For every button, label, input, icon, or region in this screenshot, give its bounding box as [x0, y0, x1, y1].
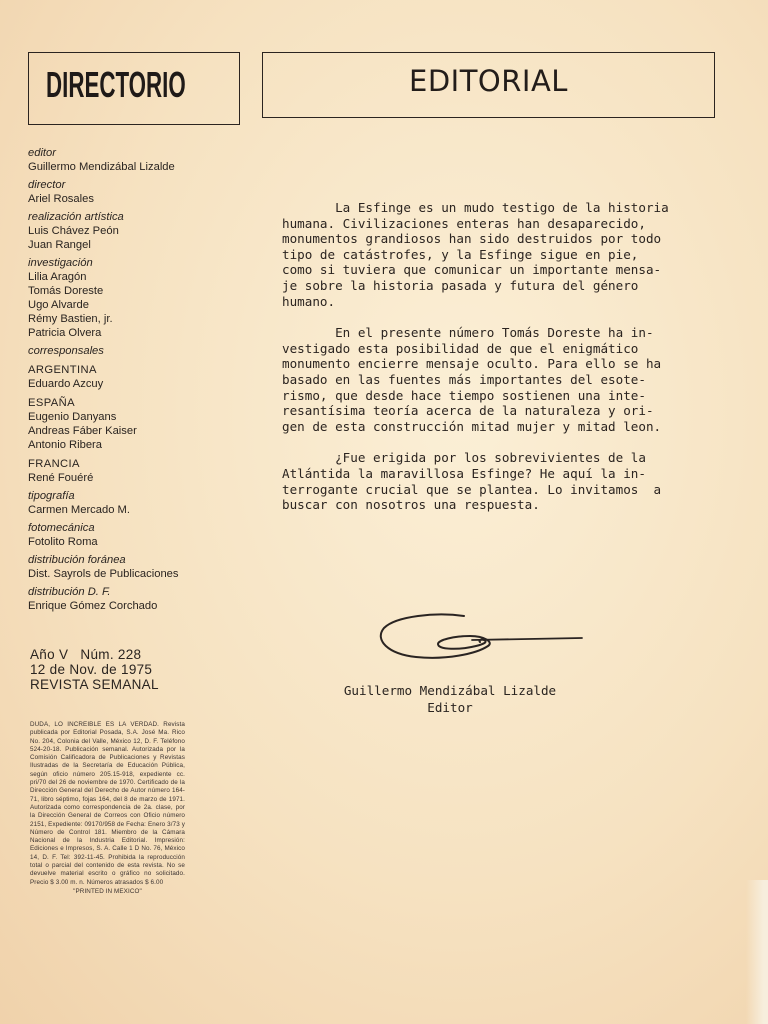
staff-name: Eduardo Azcuy	[28, 377, 228, 391]
staff-name: Rémy Bastien, jr.	[28, 312, 228, 326]
editorial-header-box: EDITORIAL	[262, 52, 715, 118]
issue-date: 12 de Nov. de 1975	[30, 662, 159, 677]
staff-name: Fotolito Roma	[28, 535, 228, 549]
issue-frequency: REVISTA SEMANAL	[30, 677, 159, 692]
issue-number: Año V Núm. 228	[30, 647, 159, 662]
signature-title: Editor	[300, 699, 600, 716]
staff-name: Luis Chávez Peón	[28, 224, 228, 238]
signature-name: Guillermo Mendizábal Lizalde	[300, 682, 600, 699]
staff-name: Guillermo Mendizábal Lizalde	[28, 160, 228, 174]
signature-image	[376, 610, 586, 666]
directory-title: DIRECTORIO	[46, 67, 186, 103]
editorial-title: EDITORIAL	[263, 67, 714, 96]
role-label: tipografía	[28, 489, 228, 503]
staff-name: Patricia Olvera	[28, 326, 228, 340]
signature-caption: Guillermo Mendizábal Lizalde Editor	[300, 682, 600, 716]
staff-name: Carmen Mercado M.	[28, 503, 228, 517]
role-label: director	[28, 178, 228, 192]
staff-name: Andreas Fáber Kaiser	[28, 424, 228, 438]
role-label: distribución foránea	[28, 553, 228, 567]
directory-header-box: DIRECTORIO	[28, 52, 240, 125]
country-label: ESPAÑA	[28, 396, 228, 410]
staff-name: Ugo Alvarde	[28, 298, 228, 312]
editorial-body: La Esfinge es un mudo testigo de la hist…	[282, 200, 682, 529]
staff-name: Ariel Rosales	[28, 192, 228, 206]
staff-name: René Fouéré	[28, 471, 228, 485]
role-label: editor	[28, 146, 228, 160]
staff-name: Tomás Doreste	[28, 284, 228, 298]
staff-name: Dist. Sayrols de Publicaciones	[28, 567, 228, 581]
staff-name: Juan Rangel	[28, 238, 228, 252]
staff-directory: editor Guillermo Mendizábal Lizalde dire…	[28, 146, 228, 613]
role-label: distribución D. F.	[28, 585, 228, 599]
legal-notice: DUDA, LO INCREIBLE ES LA VERDAD. Revista…	[30, 721, 185, 896]
paragraph: En el presente número Tomás Doreste ha i…	[282, 325, 682, 434]
staff-name: Lilia Aragón	[28, 270, 228, 284]
role-label: investigación	[28, 256, 228, 270]
country-label: ARGENTINA	[28, 363, 228, 377]
paragraph: ¿Fue erigida por los sobrevivientes de l…	[282, 450, 682, 512]
issue-info: Año V Núm. 228 12 de Nov. de 1975 REVIST…	[30, 647, 159, 692]
staff-name: Antonio Ribera	[28, 438, 228, 452]
role-label: realización artística	[28, 210, 228, 224]
country-label: FRANCIA	[28, 457, 228, 471]
printed-in-label: "PRINTED IN MEXICO"	[30, 888, 185, 896]
role-label: fotomecánica	[28, 521, 228, 535]
staff-name: Enrique Gómez Corchado	[28, 599, 228, 613]
staff-name: Eugenio Danyans	[28, 410, 228, 424]
paragraph: La Esfinge es un mudo testigo de la hist…	[282, 200, 682, 309]
role-label: corresponsales	[28, 344, 228, 358]
legal-text: DUDA, LO INCREIBLE ES LA VERDAD. Revista…	[30, 721, 185, 887]
page-edge	[746, 880, 768, 1024]
